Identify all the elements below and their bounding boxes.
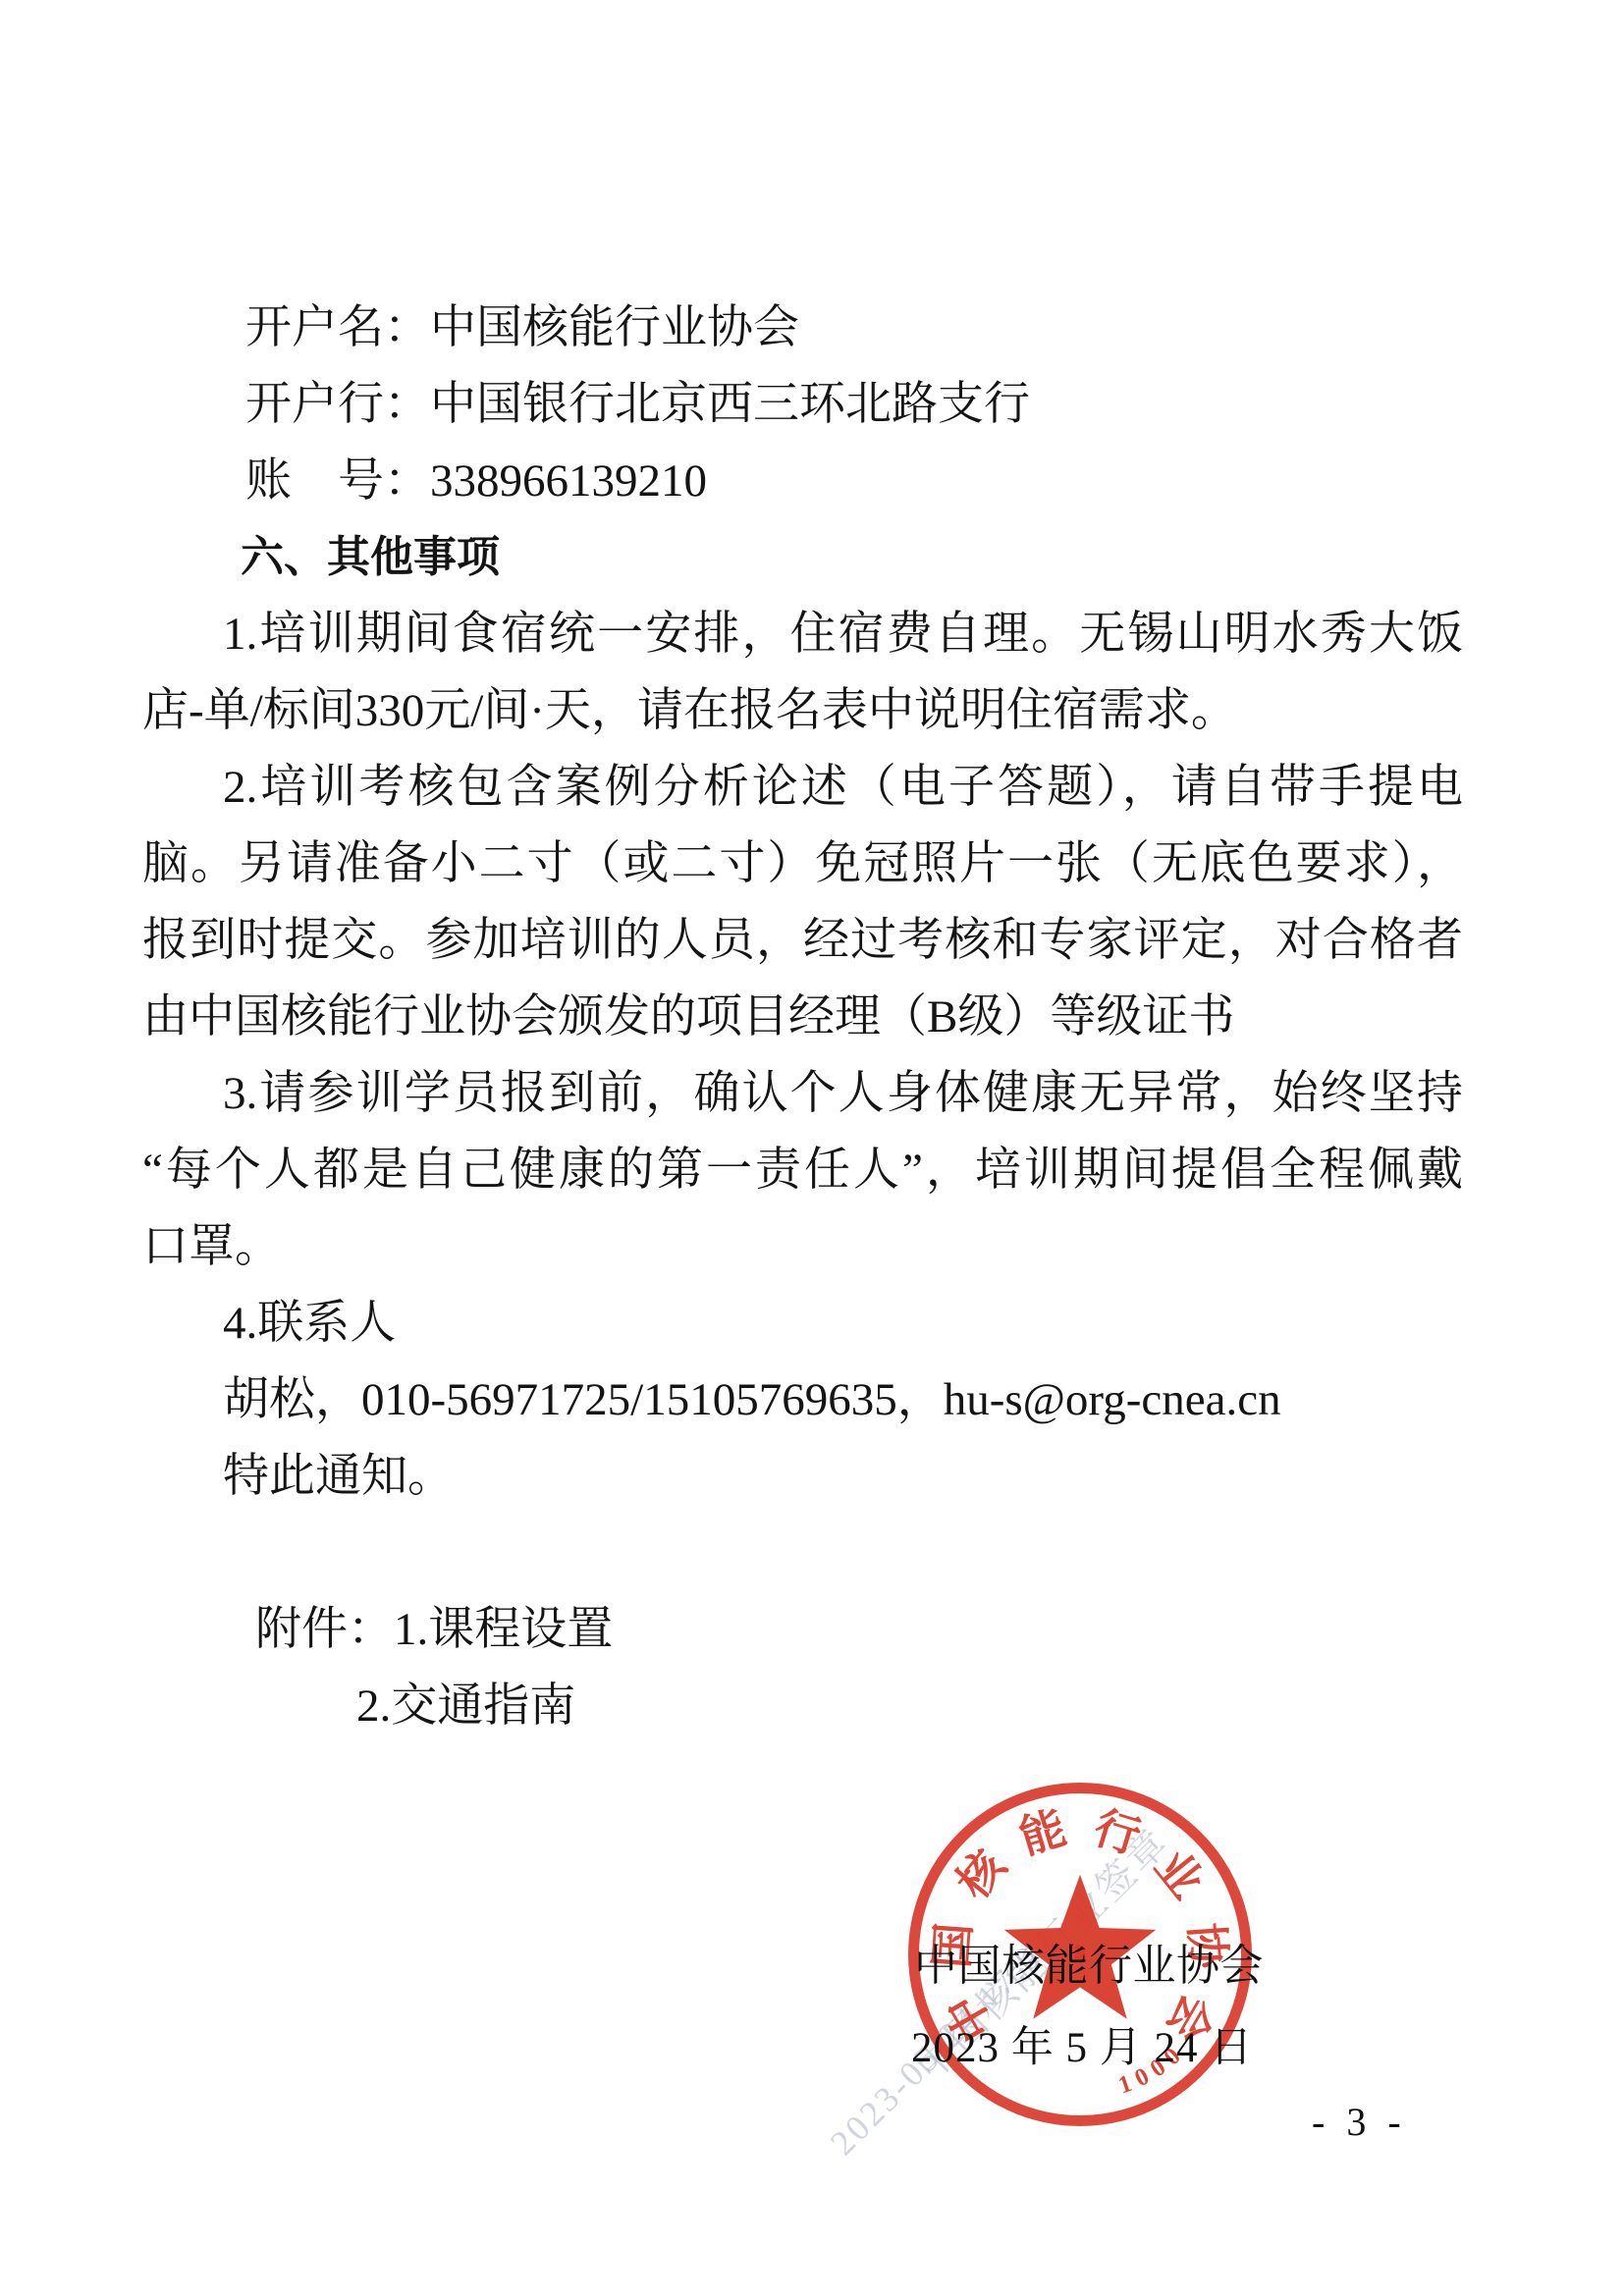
item3-line2: “每个人都是自己健康的第一责任人”，培训期间提倡全程佩戴 (142, 1132, 1463, 1208)
item3-line1: 3.请参训学员报到前，确认个人身体健康无异常，始终坚持 (142, 1055, 1463, 1132)
section6-heading: 六、其他事项 (142, 519, 1463, 596)
contact-line: 胡松，010-56971725/15105769635，hu-s@org-cne… (142, 1362, 1463, 1438)
notice-body: 开户名：中国核能行业协会 开户行：中国银行北京西三环北路支行 账 号：33896… (142, 290, 1463, 1744)
signature-date: 2023 年 5 月 24 日 (911, 2014, 1253, 2074)
item4-line1: 4.联系人 (142, 1285, 1463, 1362)
account-number-line: 账 号：338966139210 (142, 443, 1463, 519)
item1-line2: 店-单/标间330元/间·天，请在报名表中说明住宿需求。 (142, 672, 1463, 749)
item2-line1: 2.培训考核包含案例分析论述（电子答题），请自带手提电 (142, 749, 1463, 826)
account-bank-line: 开户行：中国银行北京西三环北路支行 (142, 366, 1463, 443)
spacer (142, 1515, 1463, 1591)
attachment-line-2: 2.交通指南 (142, 1668, 1463, 1744)
item3-line3: 口罩。 (142, 1208, 1463, 1285)
item2-line3: 报到时提交。参加培训的人员，经过考核和专家评定，对合格者 (142, 902, 1463, 979)
signature-org: 中国核能行业协会 (914, 1930, 1264, 1993)
page-number: - 3 - (1312, 2099, 1407, 2145)
item2-line4: 由中国核能行业协会颁发的项目经理（B级）等级证书 (142, 979, 1463, 1055)
closing-line: 特此通知。 (142, 1438, 1463, 1515)
attachment-line-1: 附件：1.课程设置 (142, 1591, 1463, 1668)
item1-line1: 1.培训期间食宿统一安排，住宿费自理。无锡山明水秀大饭 (142, 596, 1463, 672)
account-holder-line: 开户名：中国核能行业协会 (142, 290, 1463, 366)
item2-line2: 脑。另请准备小二寸（或二寸）免冠照片一张（无底色要求）， (142, 826, 1463, 902)
